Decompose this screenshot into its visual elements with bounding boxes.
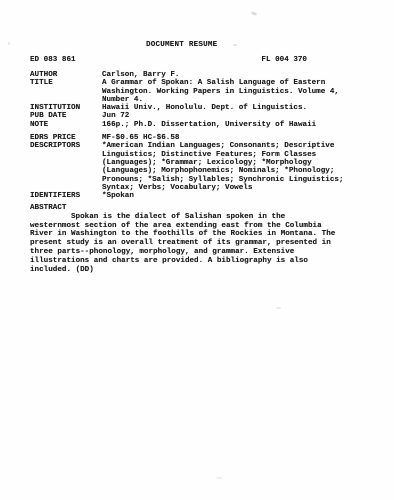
field-row-title: TITLE A Grammar of Spokan: A Salish Lang… [30,79,364,104]
clearinghouse-number: FL 004 370 [261,56,307,64]
scan-speck [233,44,237,46]
field-row-institution: INSTITUTION Hawaii Univ., Honolulu. Dept… [30,104,364,112]
field-label: PUB DATE [30,112,102,120]
field-value: A Grammar of Spokan: A Salish Language o… [102,79,348,104]
abstract-label: ABSTRACT [30,204,364,212]
scan-speck [251,11,258,16]
field-value: *Spokan [102,192,348,200]
page-title: DOCUMENT RESUME [146,41,364,49]
ed-number: ED 083 861 [30,56,76,64]
scan-speck [8,42,10,45]
field-row-pub-date: PUB DATE Jun 72 [30,112,364,120]
scan-speck [216,477,223,479]
document-resume: DOCUMENT RESUME ED 083 861 FL 004 370 AU… [30,41,364,274]
field-label: NOTE [30,121,102,129]
scan-speck [276,307,281,309]
field-value: 166p.; Ph.D. Dissertation, University of… [102,121,348,129]
field-value: Hawaii Univ., Honolulu. Dept. of Linguis… [102,104,348,112]
scanned-document-page: { "document": { "header": "DOCUMENT RESU… [0,0,394,500]
catalog-fields: AUTHOR Carlson, Barry F. TITLE A Grammar… [30,71,364,200]
abstract-text: Spokan is the dialect of Salishan spoken… [30,213,337,275]
field-value: *American Indian Languages; Consonants; … [102,142,348,192]
field-value: Jun 72 [102,112,348,120]
field-row-descriptors: DESCRIPTORS *American Indian Languages; … [30,142,364,192]
field-label: TITLE [30,79,102,87]
field-row-identifiers: IDENTIFIERS *Spokan [30,192,364,200]
field-label: DESCRIPTORS [30,142,102,150]
accession-number-row: ED 083 861 FL 004 370 [30,56,307,64]
abstract-section: ABSTRACT Spokan is the dialect of Salish… [30,204,364,274]
field-label: IDENTIFIERS [30,192,102,200]
field-row-note: NOTE 166p.; Ph.D. Dissertation, Universi… [30,121,364,129]
